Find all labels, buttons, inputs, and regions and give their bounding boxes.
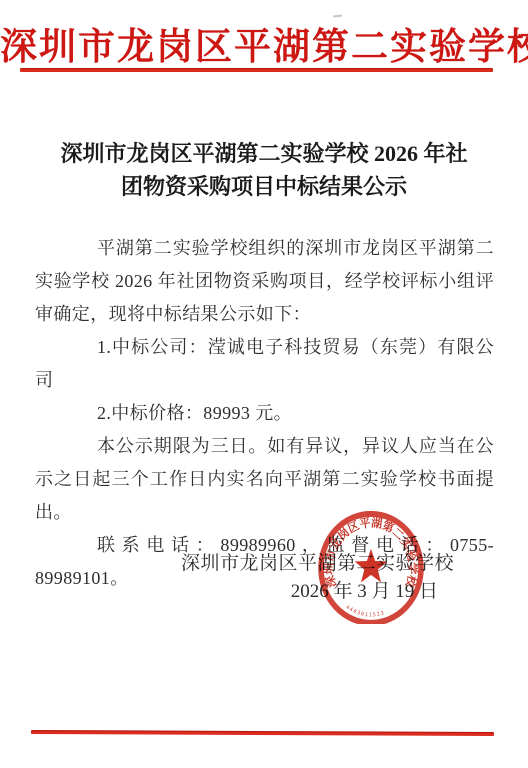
seal-star-icon (355, 549, 387, 583)
body-paragraph-winner-company: 1.中标公司：滢诚电子科技贸易（东莞）有限公司 (35, 331, 494, 397)
letterhead-school-name: 深圳市龙岗区平湖第二实验学校 (0, 16, 528, 70)
letterhead-rule (20, 68, 493, 72)
document-title: 深圳市龙岗区平湖第二实验学校 2026 年社 团物资采购项目中标结果公示 (0, 137, 528, 203)
body-paragraph-winner-price: 2.中标价格：89993 元。 (35, 397, 494, 430)
title-line-2: 团物资采购项目中标结果公示 (0, 170, 528, 203)
body-paragraph: 平湖第二实验学校组织的深圳市龙岗区平湖第二实验学校 2026 年社团物资采购项目… (35, 232, 494, 331)
document-page: 深圳市龙岗区平湖第二实验学校 深圳市龙岗区平湖第二实验学校 2026 年社 团物… (0, 0, 528, 768)
footer-rule (31, 730, 494, 736)
title-line-1: 深圳市龙岗区平湖第二实验学校 2026 年社 (0, 137, 528, 170)
official-seal: 深圳市龙岗区平湖第二实验学校 4403011523 (316, 504, 426, 624)
